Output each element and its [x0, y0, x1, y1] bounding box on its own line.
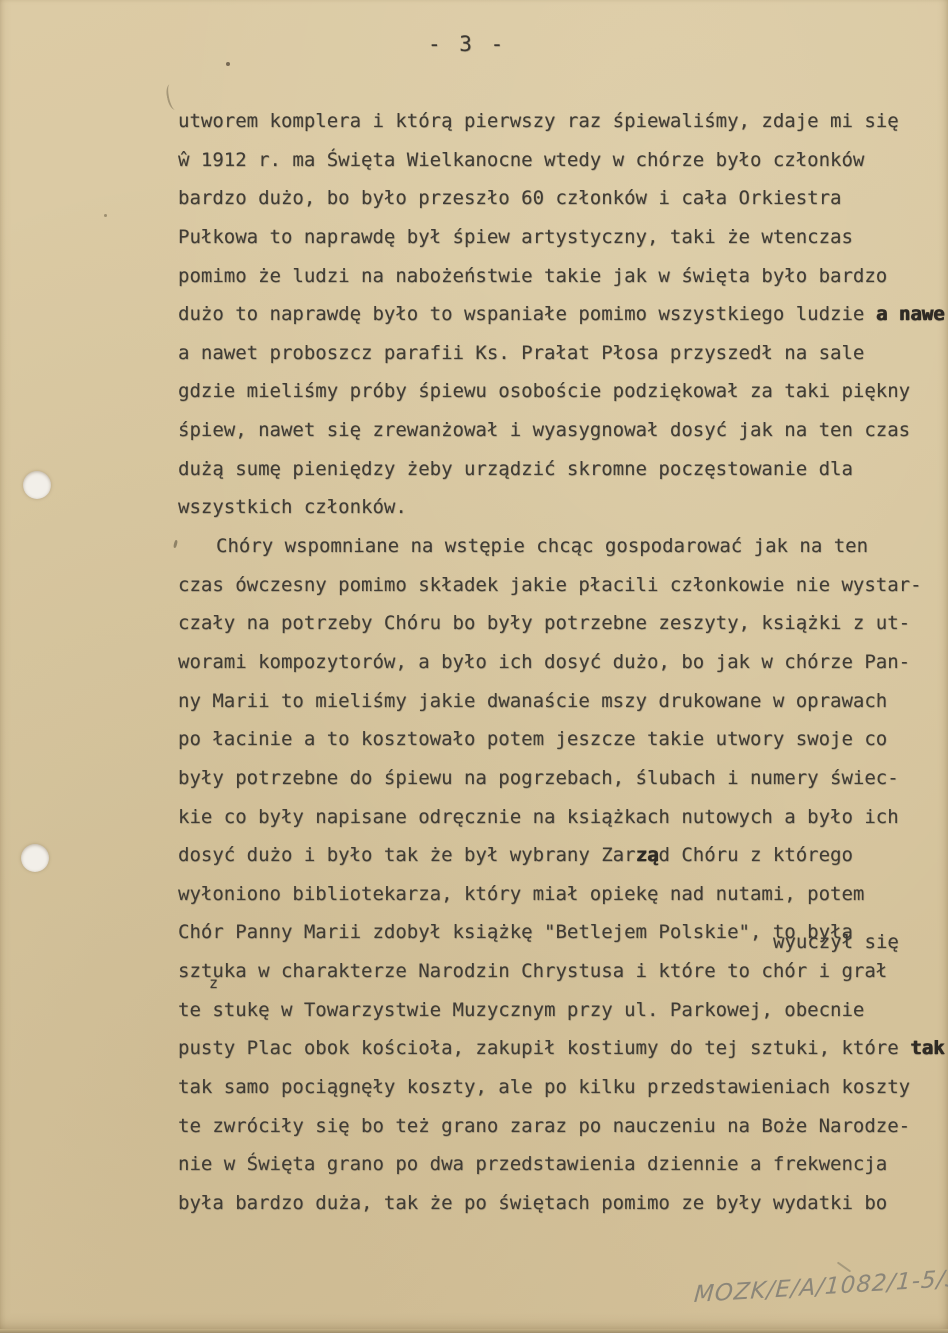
typed-line: te zwróciły się bo też grano zaraz po na… [178, 1107, 948, 1146]
typed-line: wszystkich członków. [178, 488, 948, 527]
typed-segment: czas ówczesny pomimo składek jakie płaci… [178, 574, 922, 596]
typed-segment: wszystkich członków. [178, 496, 407, 518]
typed-line: dużo to naprawdę było to wspaniałe pomim… [178, 295, 948, 334]
typed-segment: dużą sumę pieniędzy żeby urządzić skromn… [178, 458, 853, 480]
scanned-page: - 3 - utworem komplera i którą pierwszy … [0, 0, 948, 1333]
typed-segment: pomimo że ludzi na nabożeństwie takie ja… [178, 265, 887, 287]
typed-line: gdzie mieliśmy próby śpiewu osoboście po… [178, 372, 948, 411]
page-number: - 3 - [428, 32, 506, 56]
typed-line: pomimo że ludzi na nabożeństwie takie ja… [178, 257, 948, 296]
typed-line: czały na potrzeby Chóru bo były potrzebn… [178, 604, 948, 643]
typed-line: bardzo dużo, bo było przeszło 60 członkó… [178, 179, 948, 218]
typed-segment: d Chóru z którego [658, 844, 852, 866]
typed-line: była bardzo duża, tak że po świętach pom… [178, 1184, 948, 1223]
typed-line: utworem komplera i którą pierwszy raz śp… [178, 102, 948, 141]
typed-line: sztuka w charakterze Narodzin Chrystusa … [178, 952, 948, 991]
pencil-tick-mark [837, 1262, 851, 1273]
typed-segment: była bardzo duża, tak że po świętach pom… [178, 1192, 887, 1214]
typed-segment: dosyć dużo i było tak że był wybrany Zar [178, 844, 636, 866]
typed-segment: wyłoniono bibliotekarza, który miał opie… [178, 883, 864, 905]
typed-segment: po łacinie a to kosztowało potem jeszcze… [178, 728, 887, 750]
typed-line: wyłoniono bibliotekarza, który miał opie… [178, 875, 948, 914]
typed-segment: worami kompozytorów, a było ich dosyć du… [178, 651, 910, 673]
typed-segment-overstrike: tak [910, 1037, 944, 1059]
superscript-insertion-z: z [209, 974, 218, 992]
typed-line: te stukę w Towarzystwie Muzycznym przy u… [178, 991, 948, 1030]
typed-line: worami kompozytorów, a było ich dosyć du… [178, 643, 948, 682]
typed-segment-overstrike: a nawe [876, 303, 945, 325]
typed-line: po łacinie a to kosztowało potem jeszcze… [178, 720, 948, 759]
typed-line: pusty Plac obok kościoła, zakupił kostiu… [178, 1029, 948, 1068]
typed-segment: kie co były napisane odręcznie na książk… [178, 806, 899, 828]
typed-segment: te stukę w Towarzystwie Muzycznym przy u… [178, 999, 864, 1021]
typed-line: Chóry wspomniane na wstępie chcąc gospod… [178, 527, 948, 566]
typed-segment: Chór Panny Marii zdobył książkę "Betleje… [178, 921, 853, 943]
typed-segment: były potrzebne do śpiewu na pogrzebach, … [178, 767, 899, 789]
typed-line: czas ówczesny pomimo składek jakie płaci… [178, 566, 948, 605]
typed-line: nie w Święta grano po dwa przedstawienia… [178, 1145, 948, 1184]
typed-segment: pusty Plac obok kościoła, zakupił kostiu… [178, 1037, 910, 1059]
typed-line: dosyć dużo i było tak że był wybrany Zar… [178, 836, 948, 875]
page-bottom-edge-shadow [0, 1329, 948, 1333]
typed-segment: Pułkowa to naprawdę był śpiew artystyczn… [178, 226, 853, 248]
typed-line: były potrzebne do śpiewu na pogrzebach, … [178, 759, 948, 798]
typed-segment: ny Marii to mieliśmy jakie dwanaście msz… [178, 690, 887, 712]
punch-hole-top [23, 471, 51, 499]
interline-insertion-wyuczyl-sie: wyuczył się [773, 931, 899, 953]
typed-line: a nawet proboszcz parafii Ks. Prałat Pło… [178, 334, 948, 373]
paper-speck [104, 214, 107, 217]
typed-segment: bardzo dużo, bo było przeszło 60 członkó… [178, 187, 841, 209]
typed-segment: a nawet proboszcz parafii Ks. Prałat Pło… [178, 342, 864, 364]
typed-segment: śpiew, nawet się zrewanżował i wyasygnow… [178, 419, 910, 441]
typed-segment: gdzie mieliśmy próby śpiewu osoboście po… [178, 380, 910, 402]
typed-text-block: utworem komplera i którą pierwszy raz śp… [178, 102, 948, 1223]
typed-line: śpiew, nawet się zrewanżował i wyasygnow… [178, 411, 948, 450]
typed-line: Pułkowa to naprawdę był śpiew artystyczn… [178, 218, 948, 257]
typed-segment: czały na potrzeby Chóru bo były potrzebn… [178, 612, 910, 634]
typed-segment: Chóry wspomniane na wstępie chcąc gospod… [216, 535, 868, 557]
typed-line: tak samo pociągnęły koszty, ale po kilku… [178, 1068, 948, 1107]
typed-segment: ŵ 1912 r. ma Święta Wielkanocne wtedy w … [178, 149, 864, 171]
typed-segment-overstrike: zą [636, 844, 659, 866]
typed-line: dużą sumę pieniędzy żeby urządzić skromn… [178, 450, 948, 489]
punch-hole-bottom [21, 844, 49, 872]
typed-segment: nie w Święta grano po dwa przedstawienia… [178, 1153, 887, 1175]
typed-segment: dużo to naprawdę było to wspaniałe pomim… [178, 303, 876, 325]
typed-segment: te zwróciły się bo też grano zaraz po na… [178, 1115, 910, 1137]
typed-line: ŵ 1912 r. ma Święta Wielkanocne wtedy w … [178, 141, 948, 180]
paper-speck [226, 62, 230, 66]
archive-reference-handwritten: MOZK/E/A/1082/1-5/3 [693, 1266, 948, 1309]
typed-segment: utworem komplera i którą pierwszy raz śp… [178, 110, 899, 132]
typed-line: ny Marii to mieliśmy jakie dwanaście msz… [178, 682, 948, 721]
typed-line: kie co były napisane odręcznie na książk… [178, 798, 948, 837]
typed-segment: sztuka w charakterze Narodzin Chrystusa … [178, 960, 887, 982]
typed-segment: tak samo pociągnęły koszty, ale po kilku… [178, 1076, 910, 1098]
